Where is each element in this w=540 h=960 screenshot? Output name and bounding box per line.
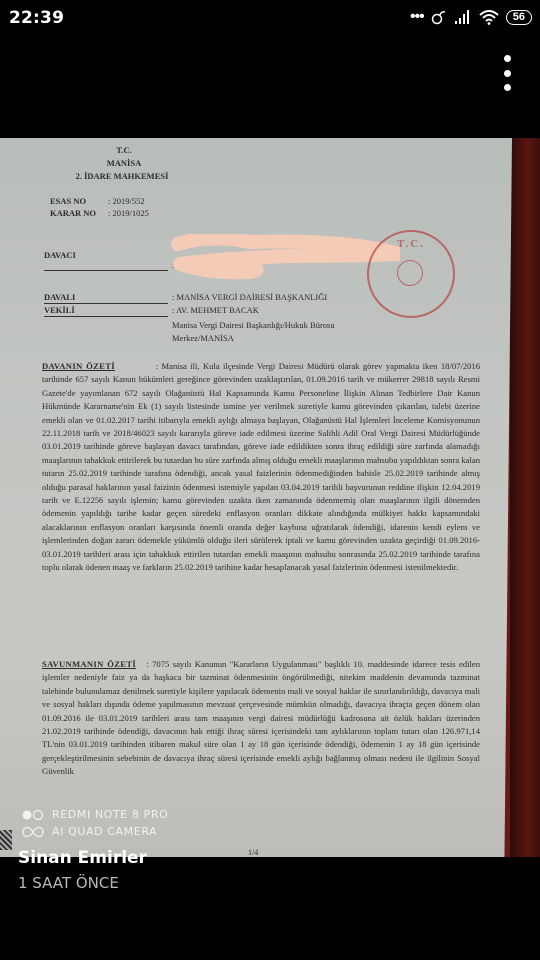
vekili-value: : AV. MEHMET BACAK bbox=[168, 305, 259, 317]
savunmanin-ozeti-section: SAVUNMANIN ÖZETİ : 7075 sayılı Kanunun "… bbox=[42, 658, 480, 779]
photo-background-edge bbox=[510, 138, 540, 857]
more-vert-icon bbox=[504, 55, 511, 62]
davanin-ozeti-section: DAVANIN ÖZETİ : Manisa ili, Kula ilçesin… bbox=[42, 360, 480, 575]
wifi-icon bbox=[479, 10, 499, 25]
karar-no-label: KARAR NO bbox=[50, 207, 108, 219]
esas-no-value: : 2019/552 bbox=[108, 195, 145, 207]
status-time: 22:39 bbox=[9, 8, 64, 28]
header-line: T.C. bbox=[54, 144, 194, 157]
camera-watermark: REDMI NOTE 8 PRO AI QUAD CAMERA bbox=[22, 806, 168, 840]
notification-dots-icon: ••• bbox=[410, 10, 424, 24]
more-vert-dot bbox=[504, 84, 511, 91]
davanin-ozeti-text: : Manisa ili, Kula ilçesinde Vergi Daire… bbox=[42, 361, 480, 572]
savunmanin-ozeti-title: SAVUNMANIN ÖZETİ bbox=[42, 659, 136, 669]
vekili-address: Manisa Vergi Dairesi Başkanlığı/Hukuk Bü… bbox=[172, 319, 335, 345]
more-options-button[interactable] bbox=[500, 55, 514, 91]
status-bar: 22:39 ••• 56 bbox=[0, 0, 540, 36]
vekili-address-line: Manisa Vergi Dairesi Başkanlığı/Hukuk Bü… bbox=[172, 319, 335, 332]
case-numbers: ESAS NO: 2019/552 KARAR NO: 2019/1025 bbox=[50, 195, 149, 219]
court-document: T.C. MANİSA 2. İDARE MAHKEMESİ ESAS NO: … bbox=[0, 138, 512, 857]
savunmanin-ozeti-text: : 7075 sayılı Kanunun "Kararların Uygula… bbox=[42, 659, 480, 776]
infinity-icon bbox=[22, 826, 44, 838]
more-vert-dot bbox=[504, 70, 511, 77]
party-vekili: VEKİLİ : AV. MEHMET BACAK bbox=[44, 305, 259, 317]
watermark-camera: AI QUAD CAMERA bbox=[52, 823, 157, 840]
watermark-model: REDMI NOTE 8 PRO bbox=[52, 806, 168, 823]
post-footer: Sinan Emirler 1 SAAT ÖNCE bbox=[18, 848, 147, 892]
header-line: 2. İDARE MAHKEMESİ bbox=[50, 170, 194, 183]
davali-label: DAVALI bbox=[44, 292, 168, 304]
stamp-text: T.C. bbox=[369, 238, 453, 250]
davaci-label: DAVACI bbox=[44, 250, 168, 271]
vekili-label: VEKİLİ bbox=[44, 305, 168, 317]
party-davali: DAVALI : MANİSA VERGİ DAİRESİ BAŞKANLIĞI bbox=[44, 292, 327, 304]
qr-fragment bbox=[0, 830, 12, 850]
esas-no-label: ESAS NO bbox=[50, 195, 108, 207]
party-davaci: DAVACI : Yo bbox=[44, 250, 186, 271]
stamp-crescent-icon bbox=[397, 260, 423, 286]
battery-indicator: 56 bbox=[506, 10, 532, 25]
redaction-scribble bbox=[170, 234, 400, 280]
court-stamp: T.C. bbox=[367, 230, 455, 318]
davanin-ozeti-title: DAVANIN ÖZETİ bbox=[42, 361, 115, 371]
document-header: T.C. MANİSA 2. İDARE MAHKEMESİ bbox=[54, 144, 194, 183]
karar-no-value: : 2019/1025 bbox=[108, 207, 149, 219]
page-number: 1/4 bbox=[248, 848, 258, 857]
vekili-address-line: Merkez/MANİSA bbox=[172, 332, 335, 345]
davali-value: : MANİSA VERGİ DAİRESİ BAŞKANLIĞI bbox=[168, 292, 327, 304]
dual-circle-icon bbox=[22, 809, 44, 821]
author-name[interactable]: Sinan Emirler bbox=[18, 848, 147, 868]
post-photo[interactable]: T.C. MANİSA 2. İDARE MAHKEMESİ ESAS NO: … bbox=[0, 138, 540, 857]
header-line: MANİSA bbox=[54, 157, 194, 170]
sync-icon bbox=[431, 9, 447, 25]
signal-icon bbox=[454, 10, 472, 24]
status-icons: ••• 56 bbox=[410, 9, 532, 25]
post-timestamp: 1 SAAT ÖNCE bbox=[18, 874, 147, 892]
